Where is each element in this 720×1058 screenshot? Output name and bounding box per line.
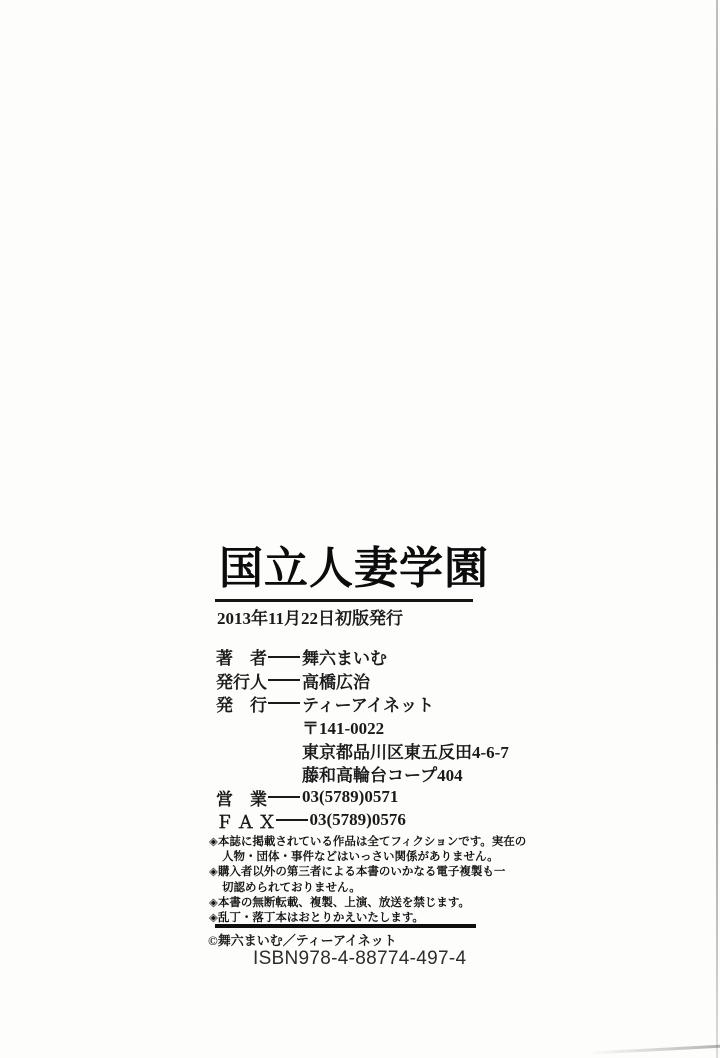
label-dash	[268, 749, 300, 751]
colophon-row: 藤和高輪台コープ404	[216, 762, 509, 785]
colophon-row-value: ティーアイネット	[302, 691, 434, 716]
colophon-row: 東京都品川区東五反田4-6-7	[216, 739, 509, 762]
colophon-row-label: 発行人	[216, 668, 268, 693]
colophon-row: 〒141-0022	[216, 715, 509, 738]
label-dash	[268, 702, 300, 704]
colophon-row-label: Ｆ Ａ Ｘ	[216, 808, 276, 833]
colophon-row: 発行人高橋広治	[216, 668, 509, 691]
colophon-row: 営 業03(5789)0571	[216, 785, 509, 808]
label-dash	[268, 726, 300, 728]
notice-line: 人物・団体・事件などはいっさい関係がありません。	[209, 850, 526, 865]
colophon-row-value: 03(5789)0576	[310, 810, 406, 830]
book-title: 国立人妻学園	[219, 541, 489, 596]
copyright-line: ©舞六まいむ／ティーアイネット	[208, 930, 397, 949]
label-dash	[276, 819, 308, 821]
notice-line: ◈本書の無断転載、複製、上演、放送を禁じます。	[209, 896, 526, 911]
colophon-row-value: 03(5789)0571	[302, 787, 398, 807]
colophon-row-value: 舞六まいむ	[302, 644, 387, 669]
label-dash	[268, 679, 300, 681]
notice-line: ◈購入者以外の第三者による本書のいかなる電子複製も一	[209, 865, 526, 880]
colophon-row-value: 東京都品川区東五反田4-6-7	[302, 738, 509, 763]
edition-date: 2013年11月22日初版発行	[217, 604, 403, 629]
colophon-row-label: 営 業	[216, 785, 268, 810]
isbn-text: ISBN978-4-88774-497-4	[253, 948, 466, 970]
notice-line: ◈本誌に掲載されている作品は全てフィクションです。実在の	[209, 835, 526, 850]
scan-smudge-artifact	[588, 1044, 720, 1054]
colophon-row-value: 藤和高輪台コープ404	[302, 761, 463, 786]
colophon-row-value: 〒141-0022	[302, 714, 384, 739]
title-divider-rule	[215, 599, 473, 602]
legal-notices: ◈本誌に掲載されている作品は全てフィクションです。実在の人物・団体・事件などはい…	[209, 835, 526, 926]
scan-edge-artifact	[716, 0, 718, 1058]
label-dash	[268, 773, 300, 775]
colophon-rows: 著 者舞六まいむ発行人高橋広治発 行ティーアイネット〒141-0022東京都品川…	[216, 645, 509, 832]
bottom-divider-rule	[215, 924, 476, 928]
colophon-row-value: 高橋広治	[302, 668, 370, 693]
colophon-row: 発 行ティーアイネット	[216, 692, 509, 715]
colophon-row: Ｆ Ａ Ｘ03(5789)0576	[216, 809, 509, 832]
colophon-row: 著 者舞六まいむ	[216, 645, 509, 668]
label-dash	[268, 656, 300, 658]
notice-line: 切認められておりません。	[209, 881, 526, 896]
colophon-row-label: 著 者	[216, 644, 268, 669]
colophon-page: 国立人妻学園 2013年11月22日初版発行 著 者舞六まいむ発行人高橋広治発 …	[0, 0, 720, 1058]
colophon-row-label: 発 行	[216, 691, 268, 716]
label-dash	[268, 796, 300, 798]
